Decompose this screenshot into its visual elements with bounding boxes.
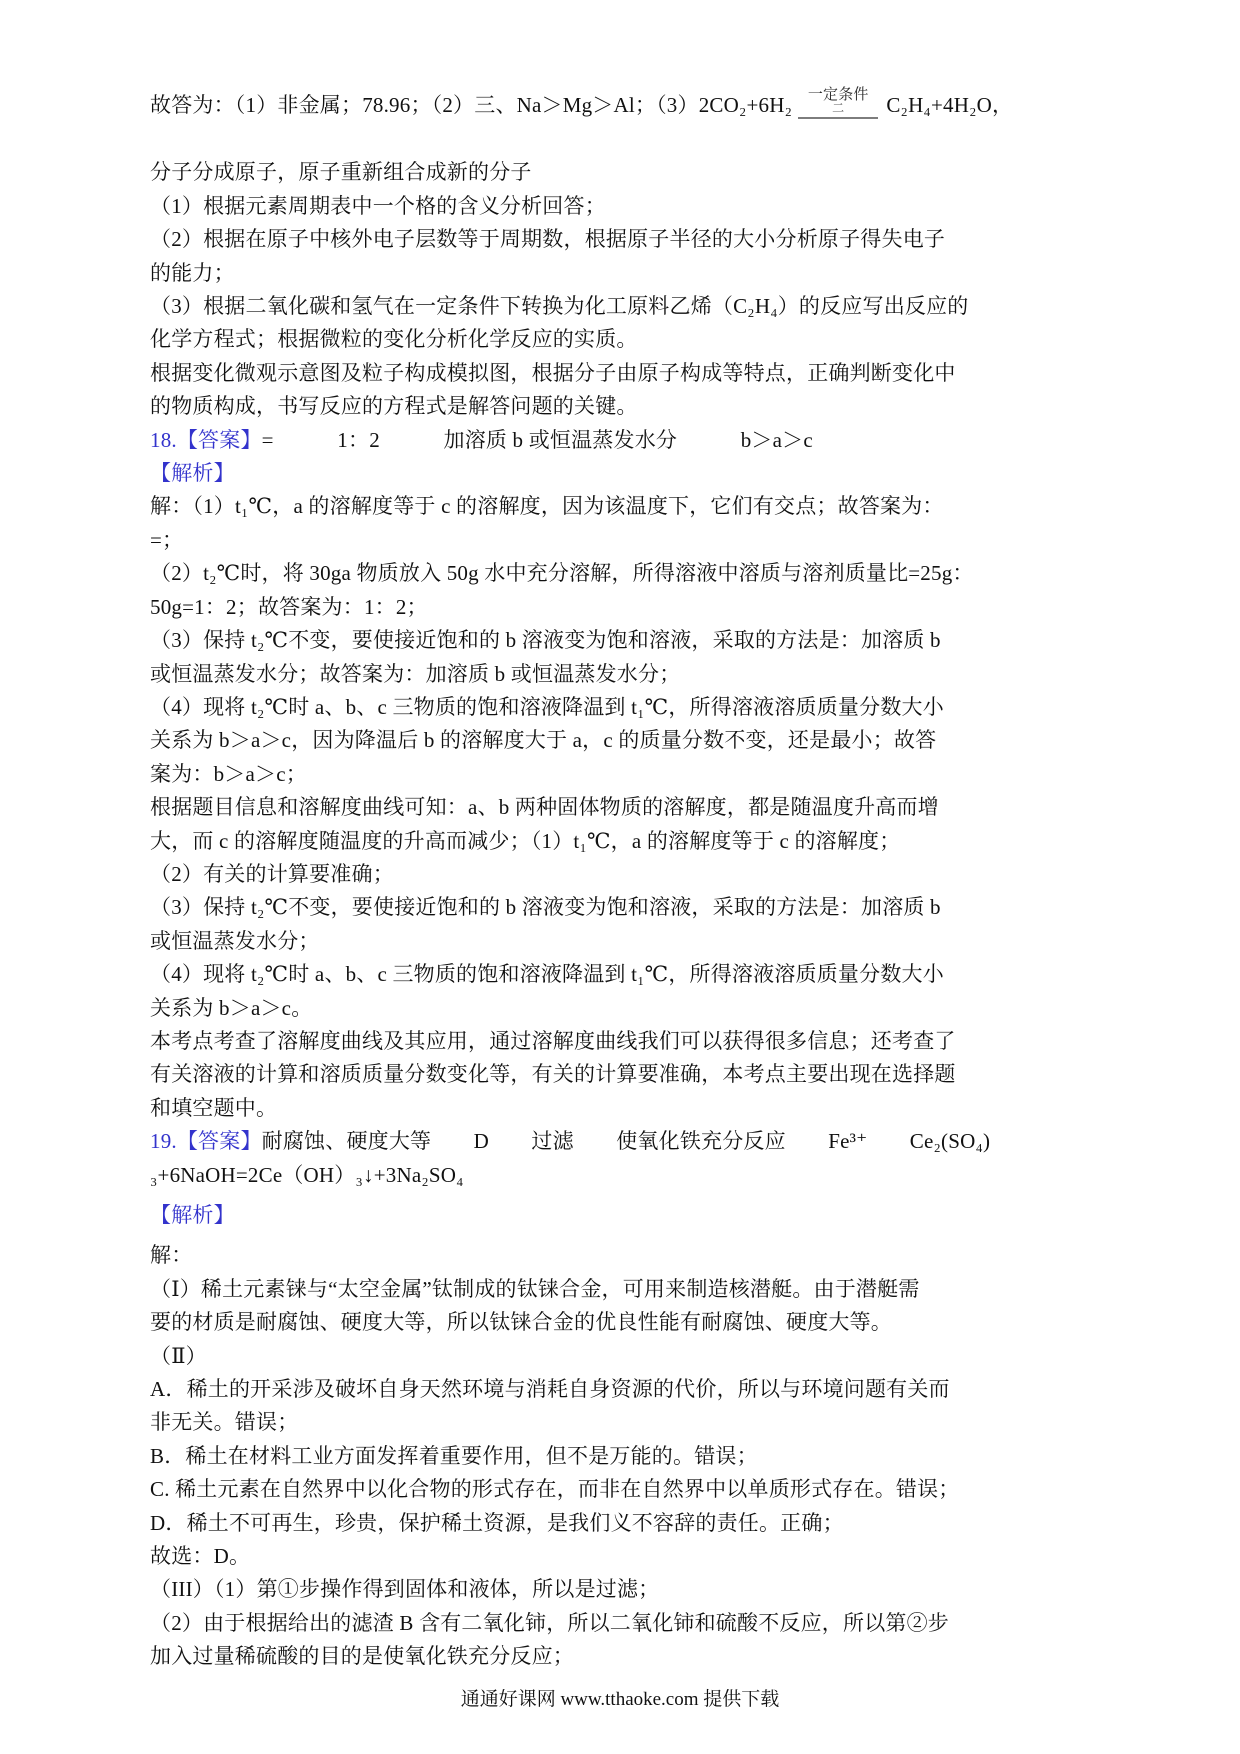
text-line: （3）保持 t₂℃不变，要使接近饱和的 b 溶液变为饱和溶液，采取的方法是：加溶…: [150, 624, 1094, 657]
text-segment: 解：: [150, 1243, 192, 1267]
text-segment: 有关溶液的计算和溶质质量分数变化等，有关的计算要准确，本考点主要出现在选择题: [150, 1062, 956, 1086]
reaction-condition-equals: 二: [798, 103, 878, 119]
text-segment: （3）根据二氧化碳和氢气在一定条件下转换为化工原料乙烯（C₂H₄）的反应写出反应…: [150, 294, 969, 318]
text-line: 的能力；: [150, 257, 1094, 290]
text-segment: 化学方程式；根据微粒的变化分析化学反应的实质。: [150, 327, 638, 351]
reaction-condition: 一定条件二: [798, 88, 878, 119]
text-line: 分子分成原子，原子重新组合成新的分子: [150, 156, 1094, 189]
text-segment: （4）现将 t₂℃时 a、b、c 三物质的饱和溶液降温到 t₁℃，所得溶液溶质质…: [150, 695, 944, 719]
text-segment: =；: [150, 528, 183, 552]
text-line: 本考点考查了溶解度曲线及其应用，通过溶解度曲线我们可以获得很多信息；还考查了: [150, 1025, 1094, 1058]
text-segment: 非无关。错误；: [150, 1410, 298, 1434]
text-segment: （4）现将 t₂℃时 a、b、c 三物质的饱和溶液降温到 t₁℃，所得溶液溶质质…: [150, 962, 944, 986]
text-line: 50g=1：2；故答案为：1：2；: [150, 591, 1094, 624]
text-segment: 分子分成原子，原子重新组合成新的分子: [150, 160, 532, 184]
text-segment: 加入过量稀硫酸的目的是使氧化铁充分反应；: [150, 1644, 574, 1668]
text-segment: 根据题目信息和溶解度曲线可知：a、b 两种固体物质的溶解度，都是随温度升高而增: [150, 795, 939, 819]
text-line: 故答为：（1）非金属；78.96；（2）三、Na＞Mg＞Al；（3）2CO₂+6…: [150, 88, 1094, 122]
text-segment: （3）保持 t₂℃不变，要使接近饱和的 b 溶液变为饱和溶液，采取的方法是：加溶…: [150, 628, 941, 652]
text-line: （4）现将 t₂℃时 a、b、c 三物质的饱和溶液降温到 t₁℃，所得溶液溶质质…: [150, 691, 1094, 724]
text-segment: 的能力；: [150, 261, 235, 285]
text-line: 关系为 b＞a＞c。: [150, 992, 1094, 1025]
text-segment: 解：（1）t₁℃，a 的溶解度等于 c 的溶解度，因为该温度下，它们有交点；故答…: [150, 494, 944, 518]
text-segment: C₂H₄+4H₂O，: [886, 93, 1013, 117]
text-segment: 的物质构成，书写反应的方程式是解答问题的关键。: [150, 394, 638, 418]
text-segment: 关系为 b＞a＞c。: [150, 996, 312, 1020]
text-segment: （2）根据在原子中核外电子层数等于周期数，根据原子半径的大小分析原子得失电子: [150, 227, 945, 251]
text-line: 有关溶液的计算和溶质质量分数变化等，有关的计算要准确，本考点主要出现在选择题: [150, 1058, 1094, 1091]
text-line: （Ⅰ）稀土元素铼与“太空金属”钛制成的钛铼合金，可用来制造核潜艇。由于潜艇需: [150, 1273, 1094, 1306]
answer-marker: 19.【答案】: [150, 1129, 262, 1153]
text-line: 或恒温蒸发水分；: [150, 925, 1094, 958]
text-line: 的物质构成，书写反应的方程式是解答问题的关键。: [150, 390, 1094, 423]
text-segment: （2）由于根据给出的滤渣 B 含有二氧化铈，所以二氧化铈和硫酸不反应，所以第②步: [150, 1611, 949, 1635]
text-line: （Ⅱ）: [150, 1340, 1094, 1373]
text-segment: 耐腐蚀、硬度大等 D 过滤 使氧化铁充分反应 Fe³⁺ Ce₂(SO₄): [262, 1129, 991, 1153]
text-line: 解：: [150, 1239, 1094, 1272]
text-line: ₃+6NaOH=2Ce（OH）₃↓+3Na₂SO₄: [150, 1159, 1094, 1192]
text-line: （2）根据在原子中核外电子层数等于周期数，根据原子半径的大小分析原子得失电子: [150, 223, 1094, 256]
answer-marker: 18.【答案】: [150, 428, 262, 452]
answer-marker: 【解析】: [150, 461, 235, 485]
text-line: （2）t₂℃时，将 30ga 物质放入 50g 水中充分溶解，所得溶液中溶质与溶…: [150, 557, 1094, 590]
text-line: D．稀土不可再生，珍贵，保护稀土资源，是我们义不容辞的责任。正确；: [150, 1507, 1094, 1540]
text-line: 案为：b＞a＞c；: [150, 758, 1094, 791]
text-line: 大，而 c 的溶解度随温度的升高而减少；（1）t₁℃，a 的溶解度等于 c 的溶…: [150, 825, 1094, 858]
text-line: B．稀土在材料工业方面发挥着重要作用，但不是万能的。错误；: [150, 1440, 1094, 1473]
text-segment: （Ⅰ）稀土元素铼与“太空金属”钛制成的钛铼合金，可用来制造核潜艇。由于潜艇需: [150, 1277, 920, 1301]
text-line: 19.【答案】耐腐蚀、硬度大等 D 过滤 使氧化铁充分反应 Fe³⁺ Ce₂(S…: [150, 1125, 1094, 1158]
text-segment: 根据变化微观示意图及粒子构成模拟图，根据分子由原子构成等特点，正确判断变化中: [150, 361, 956, 385]
text-line: 和填空题中。: [150, 1092, 1094, 1125]
page-footer: 通通好课网 www.tthaoke.com 提供下载: [0, 1684, 1240, 1711]
text-segment: 或恒温蒸发水分；故答案为：加溶质 b 或恒温蒸发水分；: [150, 662, 680, 686]
text-line: （3）保持 t₂℃不变，要使接近饱和的 b 溶液变为饱和溶液，采取的方法是：加溶…: [150, 891, 1094, 924]
text-line: 化学方程式；根据微粒的变化分析化学反应的实质。: [150, 323, 1094, 356]
text-segment: （III）（1）第①步操作得到固体和液体，所以是过滤；: [150, 1577, 659, 1601]
text-segment: 和填空题中。: [150, 1096, 277, 1120]
text-segment: B．稀土在材料工业方面发挥着重要作用，但不是万能的。错误；: [150, 1444, 758, 1468]
text-line: 【解析】: [150, 457, 1094, 490]
text-segment: D．稀土不可再生，珍贵，保护稀土资源，是我们义不容辞的责任。正确；: [150, 1511, 844, 1535]
text-line: 或恒温蒸发水分；故答案为：加溶质 b 或恒温蒸发水分；: [150, 658, 1094, 691]
text-line: A．稀土的开采涉及破坏自身天然环境与消耗自身资源的代价，所以与环境问题有关而: [150, 1373, 1094, 1406]
text-segment: 关系为 b＞a＞c，因为降温后 b 的溶解度大于 a，c 的质量分数不变，还是最…: [150, 728, 936, 752]
text-segment: （2）t₂℃时，将 30ga 物质放入 50g 水中充分溶解，所得溶液中溶质与溶…: [150, 561, 974, 585]
text-segment: 或恒温蒸发水分；: [150, 929, 320, 953]
answer-marker: 【解析】: [150, 1203, 235, 1227]
text-line: 非无关。错误；: [150, 1406, 1094, 1439]
text-segment: 50g=1：2；故答案为：1：2；: [150, 595, 428, 619]
text-segment: （1）根据元素周期表中一个格的含义分析回答；: [150, 194, 606, 218]
text-line: 18.【答案】= 1：2 加溶质 b 或恒温蒸发水分 b＞a＞c: [150, 424, 1094, 457]
text-line: （2）有关的计算要准确；: [150, 858, 1094, 891]
text-line: 根据题目信息和溶解度曲线可知：a、b 两种固体物质的溶解度，都是随温度升高而增: [150, 791, 1094, 824]
text-line: （3）根据二氧化碳和氢气在一定条件下转换为化工原料乙烯（C₂H₄）的反应写出反应…: [150, 290, 1094, 323]
text-segment: 故选：D。: [150, 1544, 250, 1568]
text-segment: 案为：b＞a＞c；: [150, 762, 307, 786]
text-segment: （2）有关的计算要准确；: [150, 862, 394, 886]
text-line: 【解析】: [150, 1199, 1094, 1232]
text-segment: C. 稀土元素在自然界中以化合物的形式存在，而非在自然界中以单质形式存在。错误；: [150, 1477, 960, 1501]
text-line: （2）由于根据给出的滤渣 B 含有二氧化铈，所以二氧化铈和硫酸不反应，所以第②步: [150, 1607, 1094, 1640]
text-segment: 故答为：（1）非金属；78.96；（2）三、Na＞Mg＞Al；（3）2CO₂+6…: [150, 93, 792, 117]
text-segment: （Ⅱ）: [150, 1344, 207, 1368]
text-line: 加入过量稀硫酸的目的是使氧化铁充分反应；: [150, 1640, 1094, 1673]
text-line: （4）现将 t₂℃时 a、b、c 三物质的饱和溶液降温到 t₁℃，所得溶液溶质质…: [150, 958, 1094, 991]
text-line: 故选：D。: [150, 1540, 1094, 1573]
text-segment: （3）保持 t₂℃不变，要使接近饱和的 b 溶液变为饱和溶液，采取的方法是：加溶…: [150, 895, 941, 919]
text-line: 关系为 b＞a＞c，因为降温后 b 的溶解度大于 a，c 的质量分数不变，还是最…: [150, 724, 1094, 757]
text-line: 解：（1）t₁℃，a 的溶解度等于 c 的溶解度，因为该温度下，它们有交点；故答…: [150, 490, 1094, 523]
text-line: （III）（1）第①步操作得到固体和液体，所以是过滤；: [150, 1573, 1094, 1606]
document-body: 故答为：（1）非金属；78.96；（2）三、Na＞Mg＞Al；（3）2CO₂+6…: [150, 88, 1094, 1674]
text-line: 要的材质是耐腐蚀、硬度大等，所以钛铼合金的优良性能有耐腐蚀、硬度大等。: [150, 1306, 1094, 1339]
text-segment: = 1：2 加溶质 b 或恒温蒸发水分 b＞a＞c: [262, 428, 813, 452]
text-line: C. 稀土元素在自然界中以化合物的形式存在，而非在自然界中以单质形式存在。错误；: [150, 1473, 1094, 1506]
document-page: 故答为：（1）非金属；78.96；（2）三、Na＞Mg＞Al；（3）2CO₂+6…: [0, 0, 1240, 1754]
text-line: =；: [150, 524, 1094, 557]
text-segment: ₃+6NaOH=2Ce（OH）₃↓+3Na₂SO₄: [150, 1163, 464, 1187]
text-segment: 要的材质是耐腐蚀、硬度大等，所以钛铼合金的优良性能有耐腐蚀、硬度大等。: [150, 1310, 892, 1334]
text-segment: 本考点考查了溶解度曲线及其应用，通过溶解度曲线我们可以获得很多信息；还考查了: [150, 1029, 956, 1053]
text-line: 根据变化微观示意图及粒子构成模拟图，根据分子由原子构成等特点，正确判断变化中: [150, 357, 1094, 390]
text-line: （1）根据元素周期表中一个格的含义分析回答；: [150, 190, 1094, 223]
text-segment: A．稀土的开采涉及破坏自身天然环境与消耗自身资源的代价，所以与环境问题有关而: [150, 1377, 950, 1401]
text-segment: 大，而 c 的溶解度随温度的升高而减少；（1）t₁℃，a 的溶解度等于 c 的溶…: [150, 829, 900, 853]
